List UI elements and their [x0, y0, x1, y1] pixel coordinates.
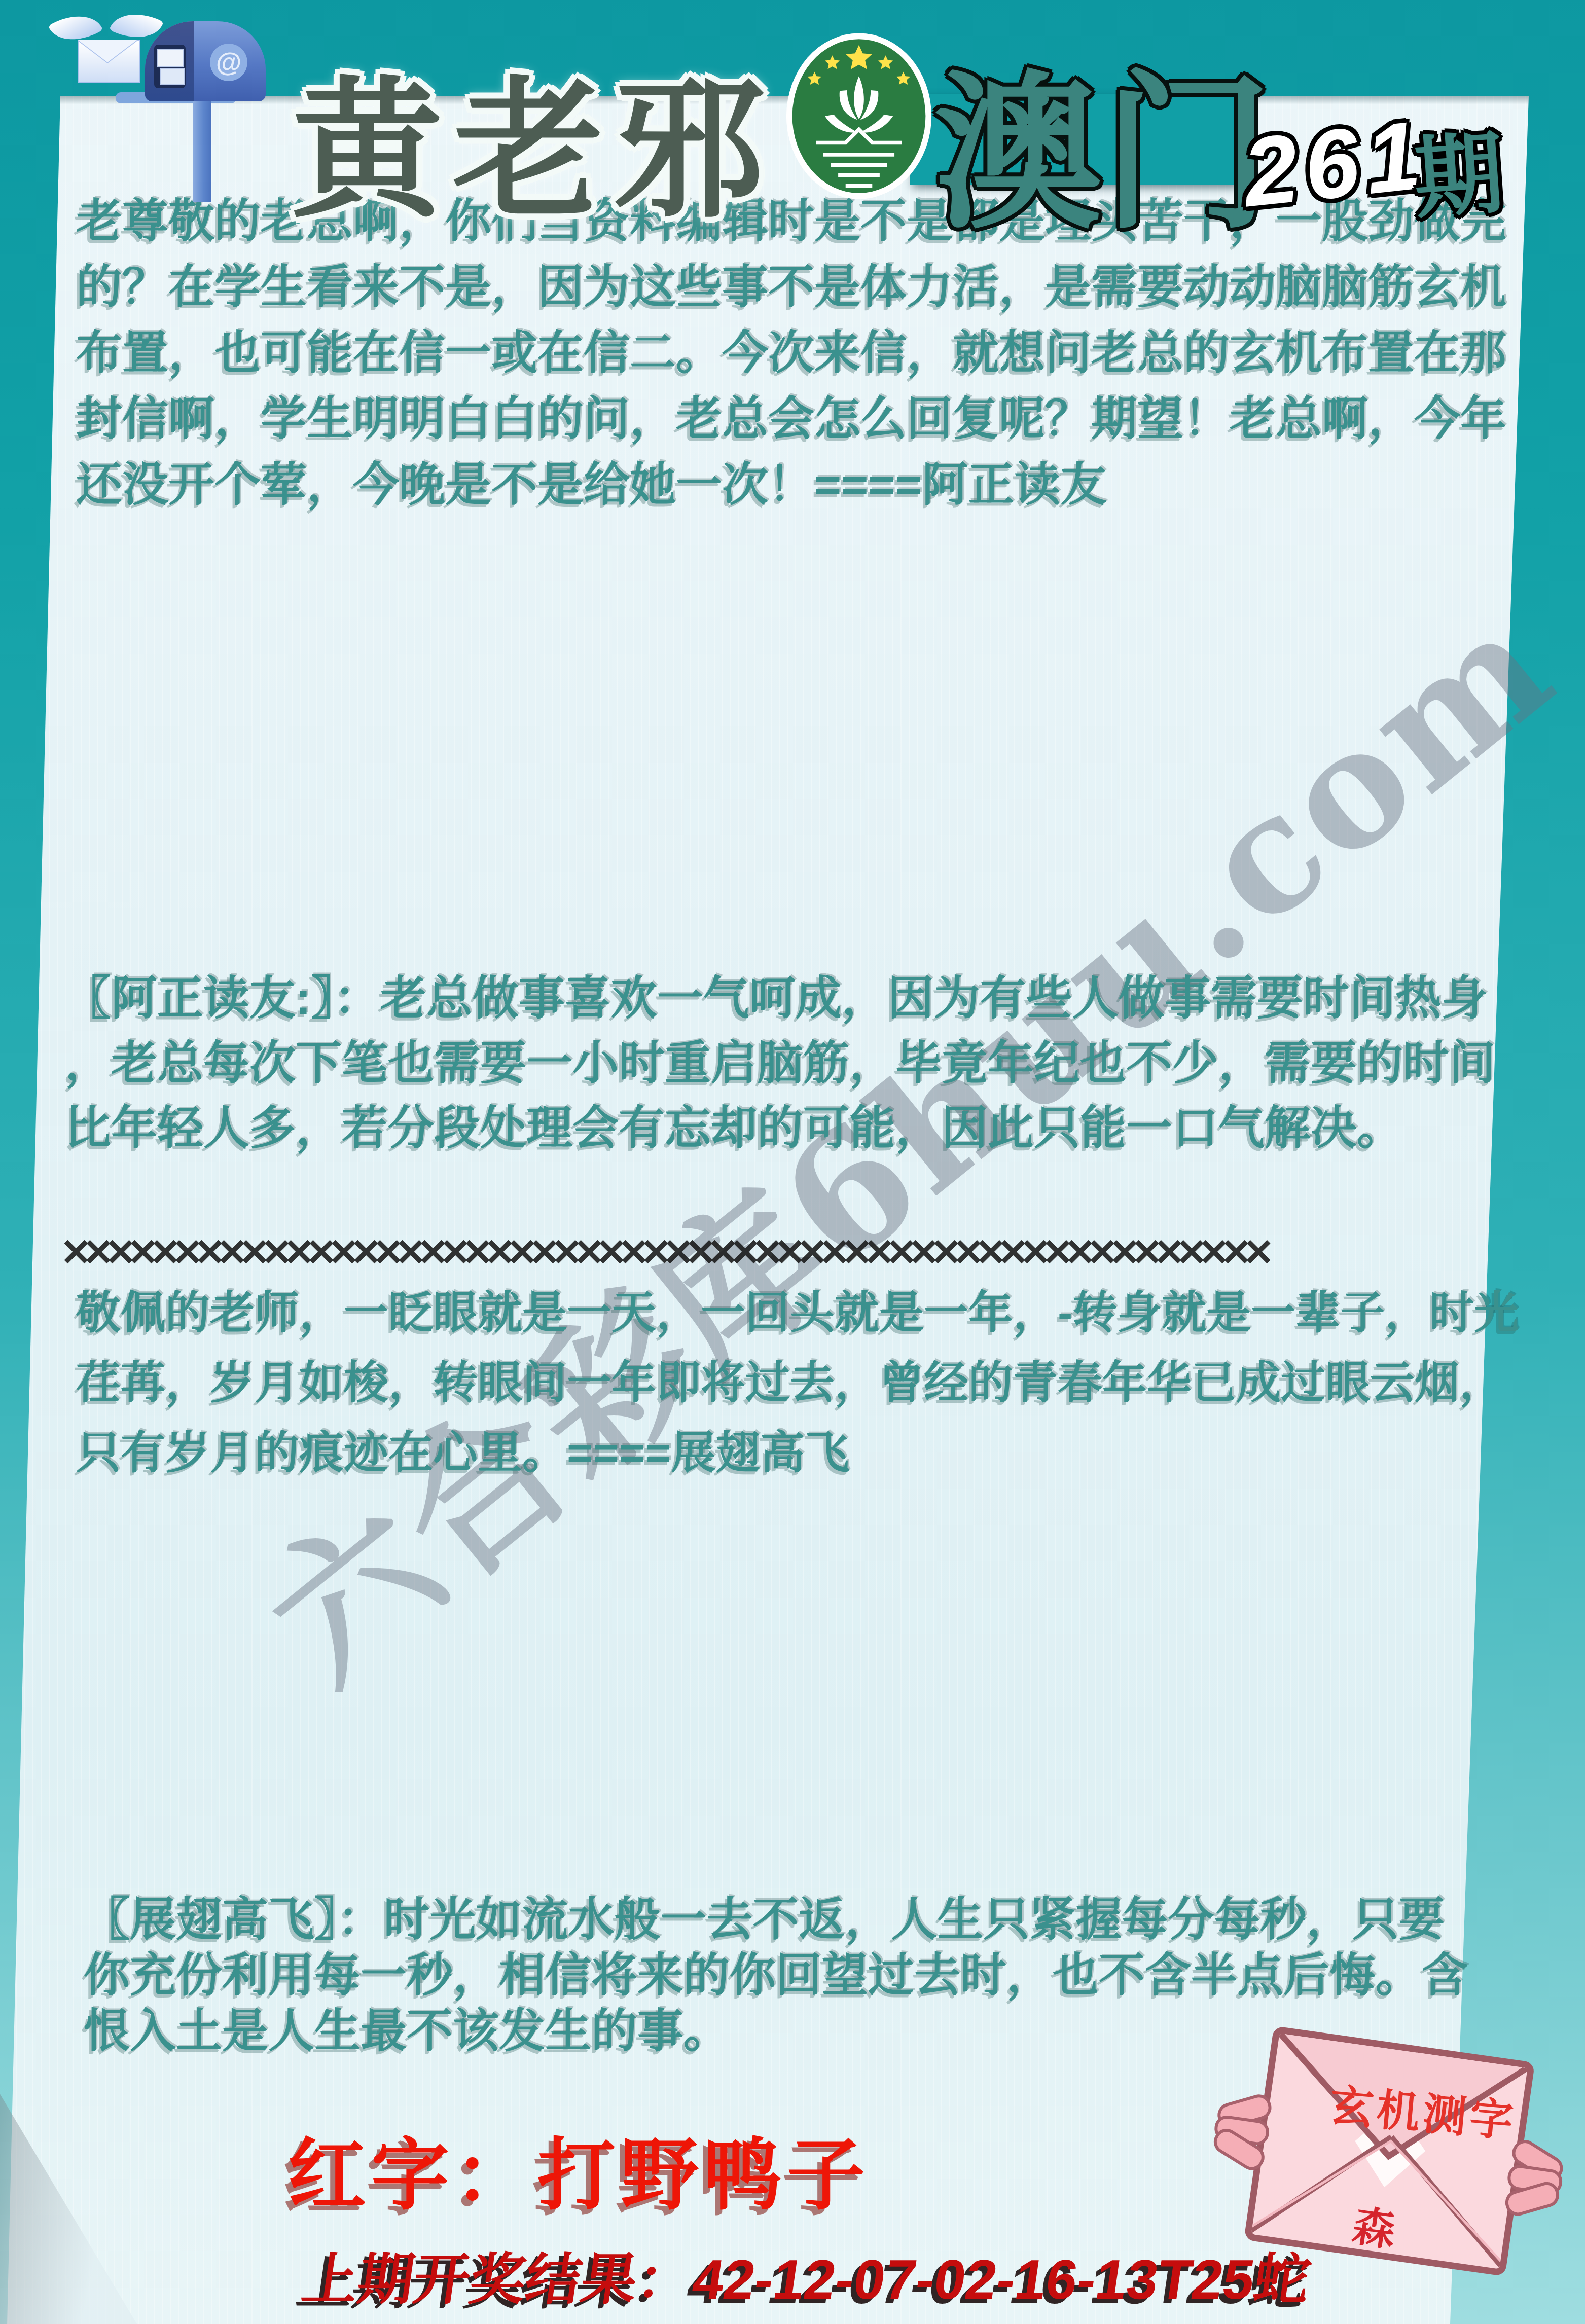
mailbox-icon: @ [116, 15, 288, 198]
macau-emblem-icon [785, 30, 933, 202]
region-title: 澳门 [934, 18, 1273, 260]
page-title: 黄老邪 [292, 29, 775, 246]
last-draw-result: 上期开奖结果：42-12-07-02-16-13T25蛇 [298, 2235, 1316, 2315]
envelope-wing-right-icon [1504, 2145, 1565, 2212]
reply-paragraph-1: 〖阿正读友:〗：老总做事喜欢一气呵成，因为有些人做事需要时间热身 ，老总每次下笔… [65, 966, 1556, 1161]
at-symbol: @ [210, 44, 247, 81]
red-word-hint: 红字：打野鸭子 [288, 2113, 870, 2225]
letter-paragraph-2: 敬佩的老师，一眨眼就是一天，一回头就是一年，-转身就是一辈子，时光 荏苒，岁月如… [76, 1278, 1572, 1487]
poster-root: 六合彩库6huu.com @ 黄老邪 [0, 0, 1585, 2324]
result-label: 上期开奖结果： [298, 2248, 697, 2311]
zigzag-divider: ✕✕✕✕✕✕✕✕✕✕✕✕✕✕✕✕✕✕✕✕✕✕✕✕✕✕✕✕✕✕✕✕✕✕✕✕✕✕✕✕… [60, 1231, 1531, 1277]
issue-number: 261 [1238, 98, 1432, 229]
result-numbers: 42-12-07-02-16-13T25蛇 [689, 2248, 1314, 2311]
envelope-stamp: 森 [1349, 2192, 1400, 2259]
envelope-wing-left-icon [1211, 2095, 1272, 2162]
issue-suffix: 期 [1409, 101, 1507, 236]
